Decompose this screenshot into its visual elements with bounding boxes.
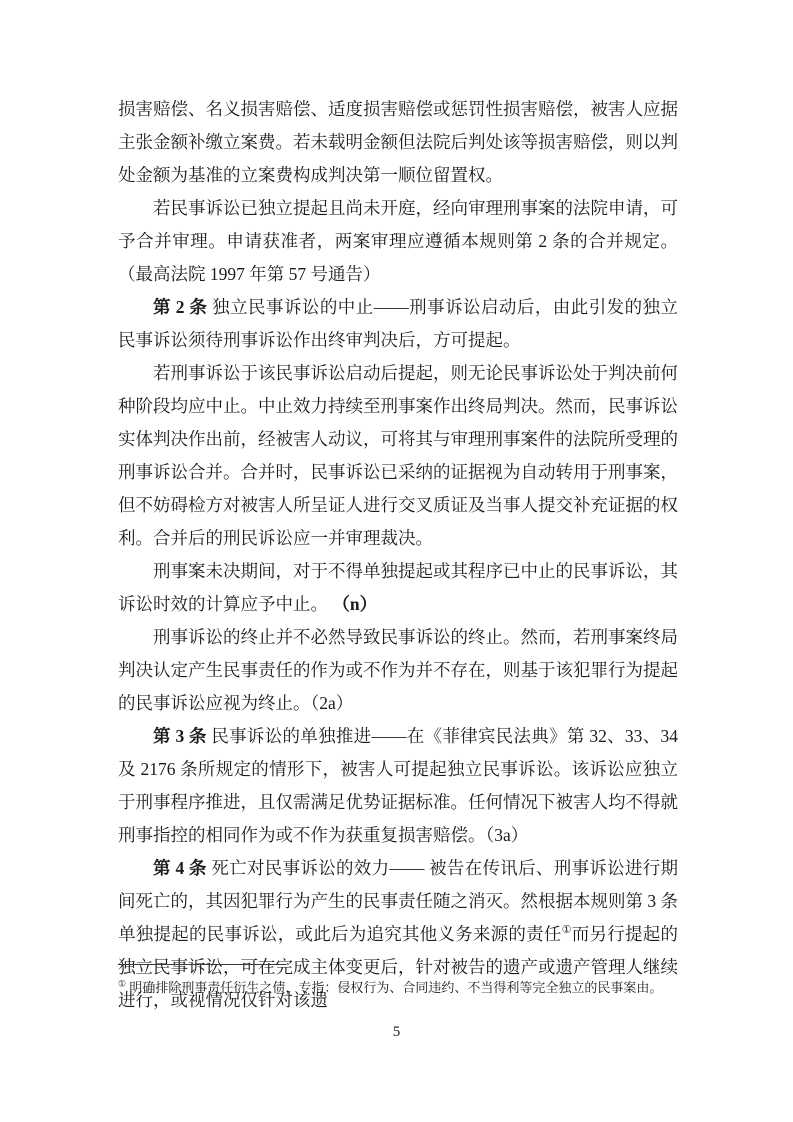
footnote-reference: ① [562,924,572,936]
section-number-label: 第 2 条 [153,297,207,317]
section-number-label: 第 4 条 [153,858,207,878]
paragraph-section-2: 第 2 条 独立民事诉讼的中止——刑事诉讼启动后，由此引发的独立民事诉讼须待刑事… [118,291,678,357]
section-number-label: 第 3 条 [153,726,207,746]
paragraph: 刑事案未决期间，对于不得单独提起或其程序已中止的民事诉讼，其诉讼时效的计算应予中… [118,555,678,621]
paragraph-text: 刑事案未决期间，对于不得单独提起或其程序已中止的民事诉讼，其诉讼时效的计算应予中… [118,561,678,614]
paragraph: 若刑事诉讼于该民事诉讼启动后提起，则无论民事诉讼处于判决前何种阶段均应中止。中止… [118,357,678,555]
paragraph-text: 刑事诉讼的终止并不必然导致民事诉讼的终止。然而，若刑事案终局判决认定产生民事责任… [118,627,678,713]
document-body: 损害赔偿、名义损害赔偿、适度损害赔偿或惩罚性损害赔偿，被害人应据主张金额补缴立案… [118,93,678,1017]
footnote: ① 明确排除刑事责任衍生之债，专指：侵权行为、合同违约、不当得利等完全独立的民事… [118,977,678,998]
page-number: 5 [0,1022,793,1042]
paragraph-text: 损害赔偿、名义损害赔偿、适度损害赔偿或惩罚性损害赔偿，被害人应据主张金额补缴立案… [118,99,678,185]
footnote-separator [118,964,286,965]
footnote-text: 明确排除刑事责任衍生之债，专指：侵权行为、合同违约、不当得利等完全独立的民事案由… [129,980,662,995]
paragraph-text: 若民事诉讼已独立提起且尚未开庭，经向审理刑事案的法院申请，可予合并审理。申请获准… [118,198,678,284]
document-page: 损害赔偿、名义损害赔偿、适度损害赔偿或惩罚性损害赔偿，被害人应据主张金额补缴立案… [0,0,793,1122]
paragraph-section-3: 第 3 条 民事诉讼的单独推进——在《菲律宾民法典》第 32、33、34 及 2… [118,720,678,852]
footnote-area: ① 明确排除刑事责任衍生之债，专指：侵权行为、合同违约、不当得利等完全独立的民事… [118,964,678,998]
paragraph: 损害赔偿、名义损害赔偿、适度损害赔偿或惩罚性损害赔偿，被害人应据主张金额补缴立案… [118,93,678,192]
footnote-marker: ① [118,979,126,989]
annotation-label: （n） [328,594,377,614]
paragraph: 若民事诉讼已独立提起且尚未开庭，经向审理刑事案的法院申请，可予合并审理。申请获准… [118,192,678,291]
paragraph: 刑事诉讼的终止并不必然导致民事诉讼的终止。然而，若刑事案终局判决认定产生民事责任… [118,621,678,720]
paragraph-text: 若刑事诉讼于该民事诉讼启动后提起，则无论民事诉讼处于判决前何种阶段均应中止。中止… [118,363,678,548]
